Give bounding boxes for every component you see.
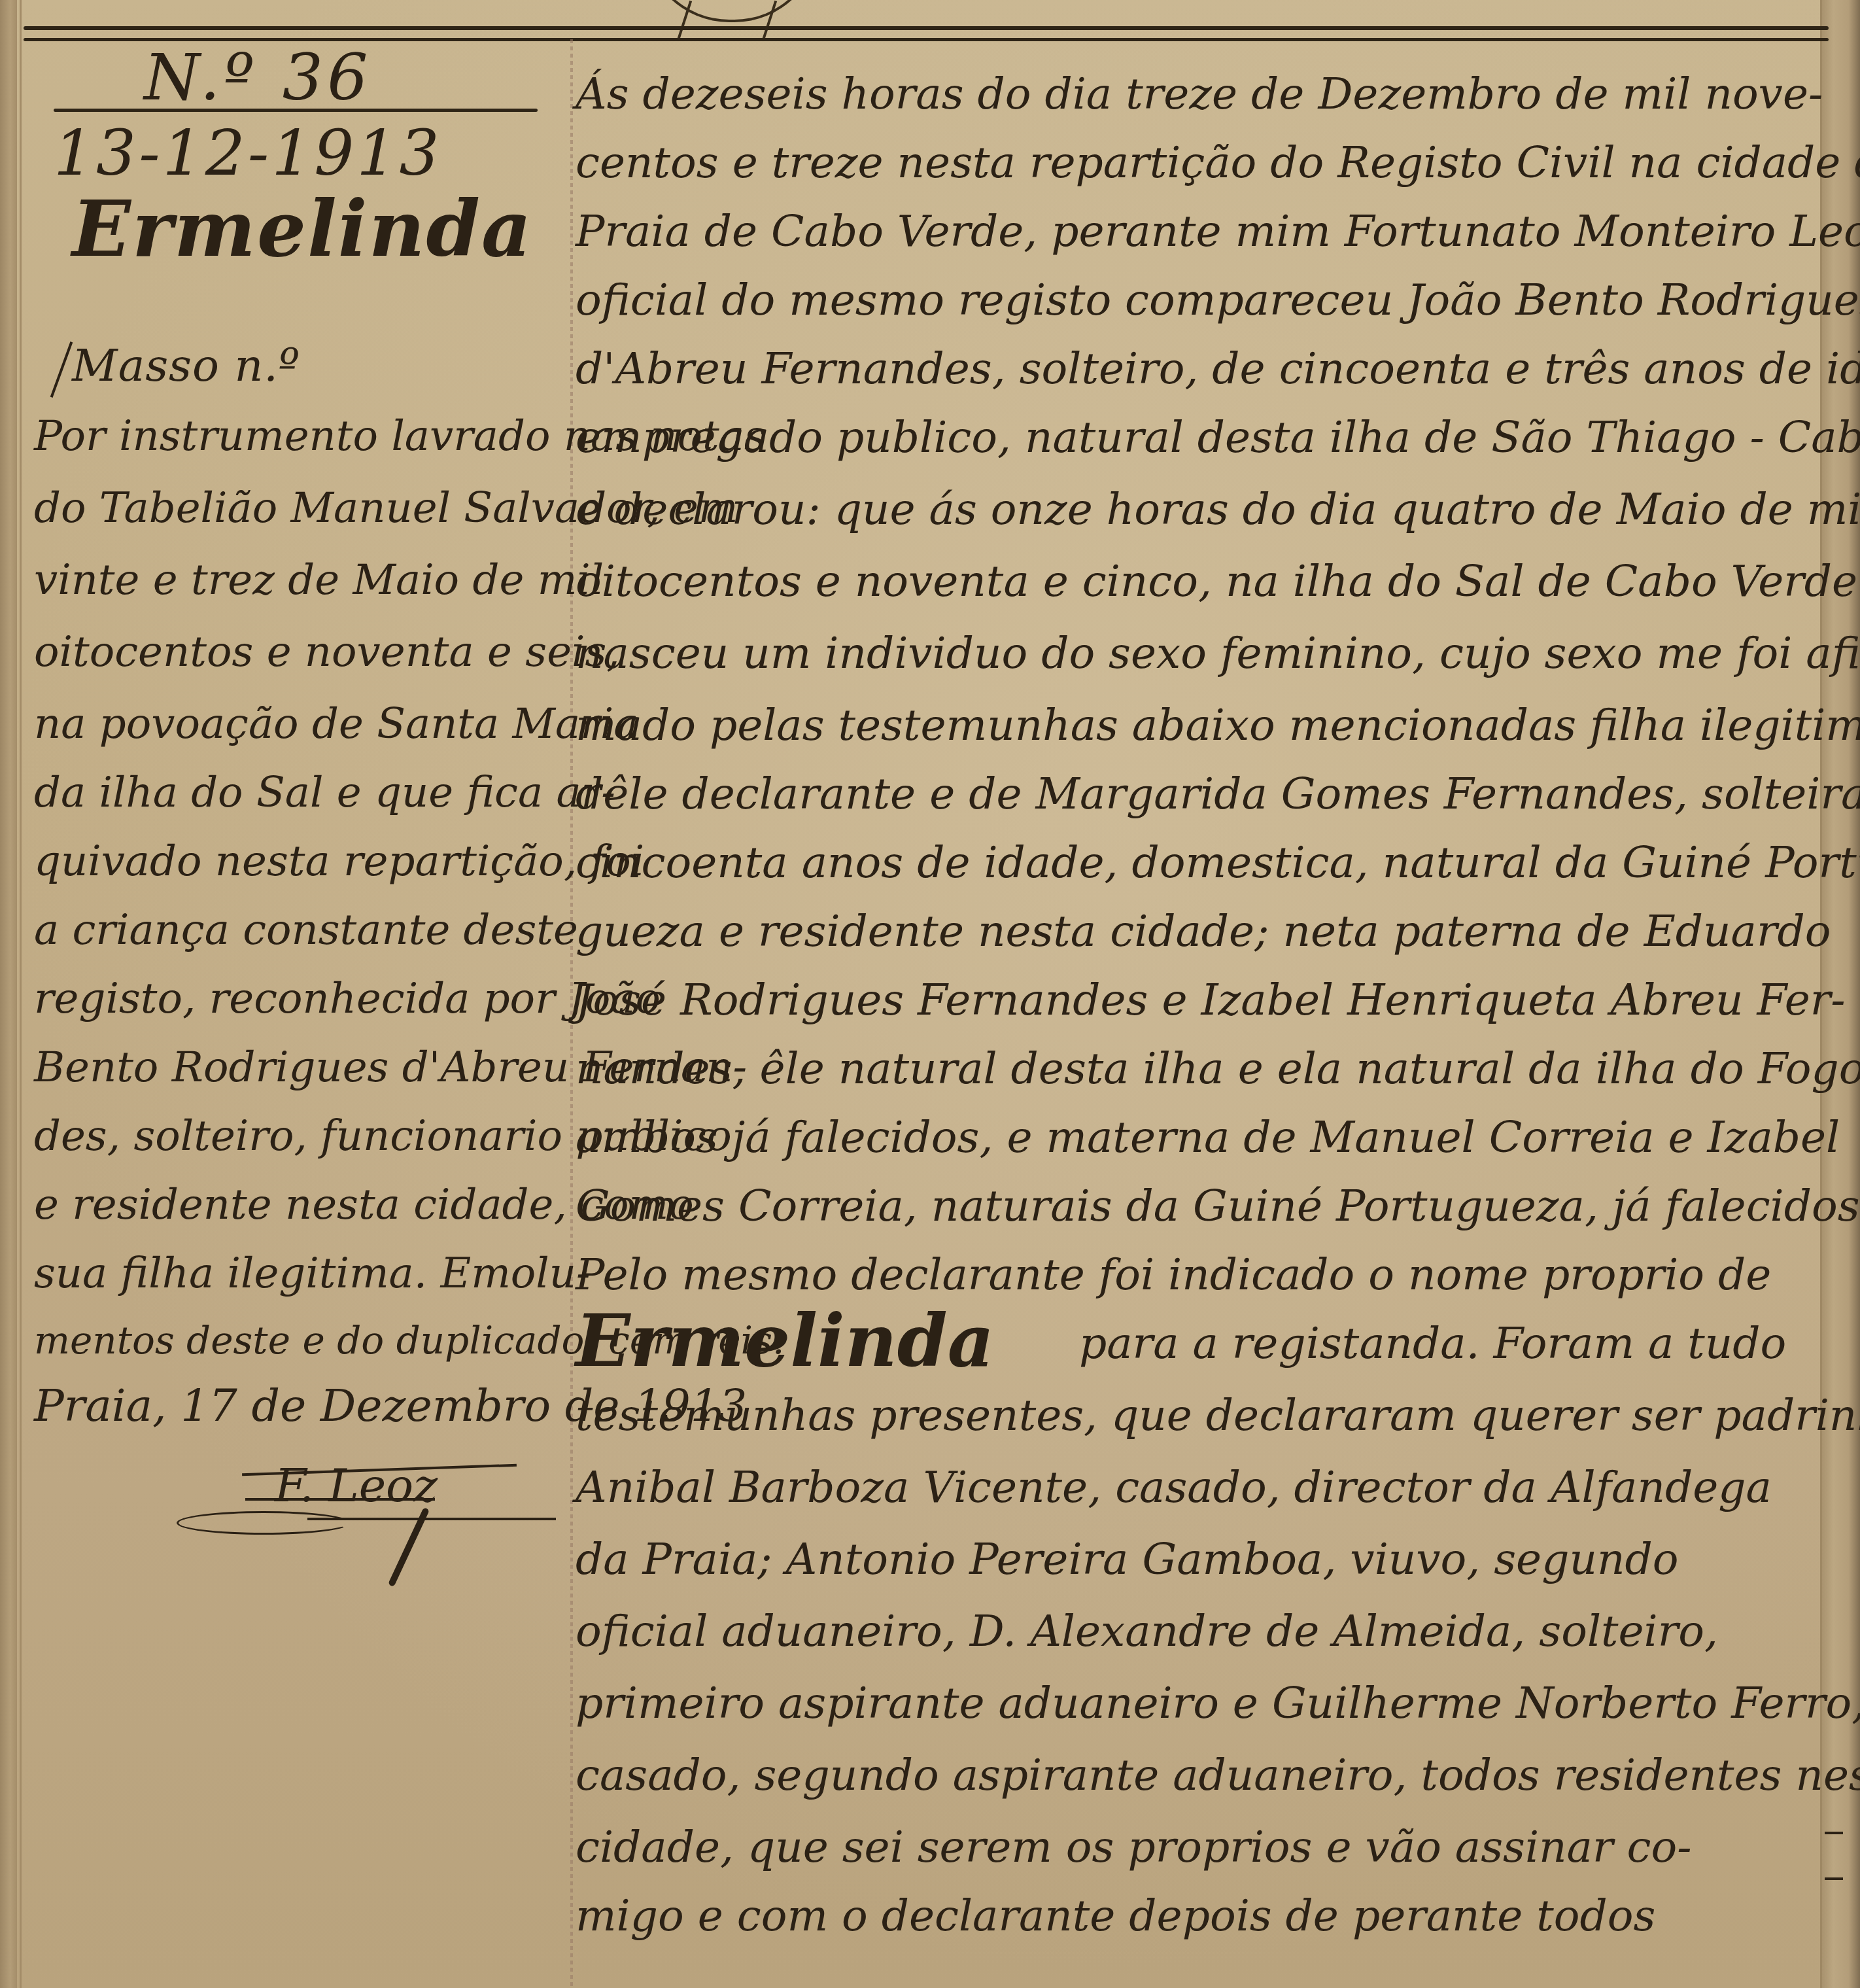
binding-edge [0,0,17,1988]
signature-flourish [177,1511,351,1535]
binding-line [20,0,22,1988]
body-line: Anibal Barboza Vicente, casado, director… [576,1462,1772,1512]
body-line: centos e treze nesta repartição do Regis… [576,137,1860,188]
body-line: casado, segundo aspirante aduaneiro, tod… [576,1750,1860,1800]
body-line: Gomes Correia, naturais da Guiné Portugu… [576,1181,1860,1231]
margin-line: registo, reconhecida por João [34,975,661,1023]
body-line: oitocentos e noventa e cinco, na ilha do… [576,556,1857,606]
margin-line: quivado nesta repartição, foi [34,837,644,886]
body-line: d'Abreu Fernandes, solteiro, de cincoent… [576,343,1860,394]
official-signature: F. Leoz [157,1433,562,1583]
body-line: dêle declarante e de Margarida Gomes Fer… [576,769,1860,819]
top-rule [24,26,1829,30]
body-line: empregado publico, natural desta ilha de… [576,412,1860,462]
stray-ink-mark [1825,1832,1843,1834]
margin-line: na povoação de Santa Maria [34,700,638,748]
entry-date: 13-12-1913 [54,116,442,190]
body-line: da Praia; Antonio Pereira Gamboa, viuvo,… [576,1534,1678,1584]
body-line: Praia de Cabo Verde, perante mim Fortuna… [576,206,1860,256]
margin-line: sua filha ilegitima. Emolu- [34,1249,591,1298]
document-page: N.º 36 13-12-1913 Ermelinda Masso n.º Po… [0,0,1860,1988]
body-line: e declarou: que ás onze horas do dia qua… [576,484,1860,534]
body-line: oficial aduaneiro, D. Alexandre de Almei… [576,1606,1718,1656]
masso-mark [50,341,73,398]
entry-name: Ermelinda [72,183,532,274]
signature-stroke [245,1498,435,1501]
signature-text: F. Leoz [275,1459,438,1512]
masso-label: Masso n.º [72,340,300,392]
margin-line: da ilha do Sal e que fica ar- [34,769,615,817]
body-line: cidade, que sei serem os proprios e vão … [576,1822,1691,1872]
margin-line: vinte e trez de Maio de mil [34,556,604,604]
body-line: cincoenta anos de idade, domestica, natu… [576,837,1860,888]
registered-name: Ermelinda [576,1299,994,1383]
body-line: para a registanda. Foram a tudo [1079,1318,1786,1369]
body-line: nandes, êle natural desta ilha e ela nat… [576,1043,1860,1094]
body-line: Pelo mesmo declarante foi indicado o nom… [576,1249,1771,1300]
margin-line: oitocentos e noventa e seis, [34,628,620,676]
body-line: Ás dezeseis horas do dia treze de Dezemb… [576,69,1823,119]
margin-line: a criança constante deste [34,906,578,954]
stray-ink-mark [1825,1877,1843,1880]
body-line: primeiro aspirante aduaneiro e Guilherme… [576,1678,1860,1728]
body-line: ambos já falecidos, e materna de Manuel … [576,1112,1840,1162]
seal-flourish [644,0,819,22]
body-line: oficial do mesmo registo compareceu João… [576,275,1860,325]
body-line: gueza e residente nesta cidade; neta pat… [576,906,1831,956]
entry-number: N.º 36 [144,41,372,115]
body-line: José Rodrigues Fernandes e Izabel Henriq… [576,975,1846,1025]
body-line: testemunhas presentes, que declararam qu… [576,1390,1860,1440]
body-line: nasceu um individuo do sexo feminino, cu… [576,628,1860,678]
entry-number-underline [54,109,538,112]
body-line: mado pelas testemunhas abaixo mencionada… [576,700,1860,750]
body-line: migo e com o declarante depois de perant… [576,1891,1655,1941]
